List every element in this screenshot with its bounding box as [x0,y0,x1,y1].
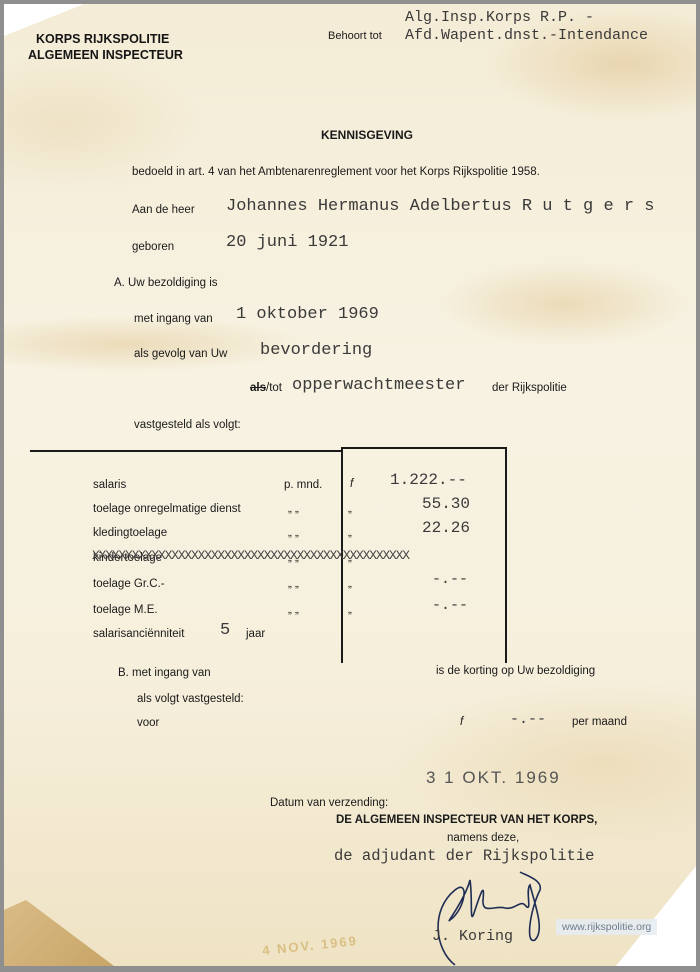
row-period: „ „ [288,527,299,539]
reason-label: als gevolg van Uw [134,348,227,360]
seniority-unit: jaar [246,628,265,640]
seniority-label: salarisanciënniteit [93,628,184,640]
row-amount: 22.26 [422,519,470,537]
rank-prefix-tot: /tot [266,382,282,394]
row-label: toelage Gr.C.- [93,578,165,590]
section-b-line2: als volgt vastgesteld: [137,693,244,705]
amount-box-top [341,447,507,449]
seniority-value: 5 [220,621,230,640]
row-label: toelage onregelmatige dienst [93,503,241,515]
section-a-heading: A. Uw bezoldiging is [114,277,218,289]
dispatch-label: Datum van verzending: [270,797,388,809]
authority-title: DE ALGEMEEN INSPECTEUR VAN HET KORPS, [336,814,597,826]
row-label: kledingtoelage [93,527,167,539]
row-amount: -.-- [432,597,468,614]
row-period: „ „ [288,604,299,616]
fixed-label: vastgesteld als volgt: [134,419,241,431]
belongs-to-label: Behoort tot [328,30,382,42]
section-b-for-label: voor [137,717,159,729]
born-label: geboren [132,241,174,253]
rank-value: opperwachtmeester [292,376,465,395]
section-b-per-month: per maand [572,716,627,728]
effective-date-label: met ingang van [134,313,213,325]
section-b-currency: f [460,716,463,728]
rank-prefix: als/tot [250,382,282,394]
row-currency: „ [348,503,352,515]
row-period: p. mnd. [284,479,322,491]
rank-suffix: der Rijkspolitie [492,382,567,394]
dispatch-date-stamp: 3 1 OKT. 1969 [426,768,561,788]
recipient-label: Aan de heer [132,204,195,216]
signatory-name: J. Koring [432,928,513,945]
row-period: „ „ [288,503,299,515]
belongs-to-line2: Afd.Wapent.dnst.-Intendance [405,27,648,44]
effective-date-value: 1 oktober 1969 [236,305,379,324]
born-date: 20 juni 1921 [226,233,348,252]
letterhead-line2: ALGEMEEN INSPECTEUR [28,48,183,62]
row-amount: 55.30 [422,495,470,513]
row-currency: f [350,478,353,490]
intro-text: bedoeld in art. 4 van het Ambtenarenregl… [132,166,540,178]
section-b-right-text: is de korting op Uw bezoldiging [436,665,595,677]
recipient-name: Johannes Hermanus Adelbertus R u t g e r… [226,197,654,216]
row-amount: -.-- [432,571,468,588]
row-period: „ „ [288,578,299,590]
signatory-role: de adjudant der Rijkspolitie [334,847,594,865]
row-currency: „ [348,527,352,539]
row-label: toelage M.E. [93,604,158,616]
website-watermark: www.rijkspolitie.org [556,919,657,935]
table-top-rule [30,450,342,452]
row-currency: „ [348,578,352,590]
row-label: salaris [93,479,126,491]
belongs-to-line1: Alg.Insp.Korps R.P. - [405,9,594,26]
rank-prefix-struck: als [250,382,266,394]
document-title: KENNISGEVING [321,128,413,142]
section-b-heading: B. met ingang van [118,667,211,679]
reason-value: bevordering [260,341,372,360]
typed-x-strikeout: XXXXXXXXXXXXXXXXXXXXXXXXXXXXXXXXXXXXXXXX… [92,548,507,563]
on-behalf-text: namens deze, [447,832,519,844]
row-currency: „ [348,604,352,616]
letterhead-line1: KORPS RIJKSPOLITIE [36,32,169,46]
section-b-amount: -.-- [510,711,546,728]
handwritten-signature-icon [425,870,555,970]
row-amount: 1.222.-- [390,471,467,489]
